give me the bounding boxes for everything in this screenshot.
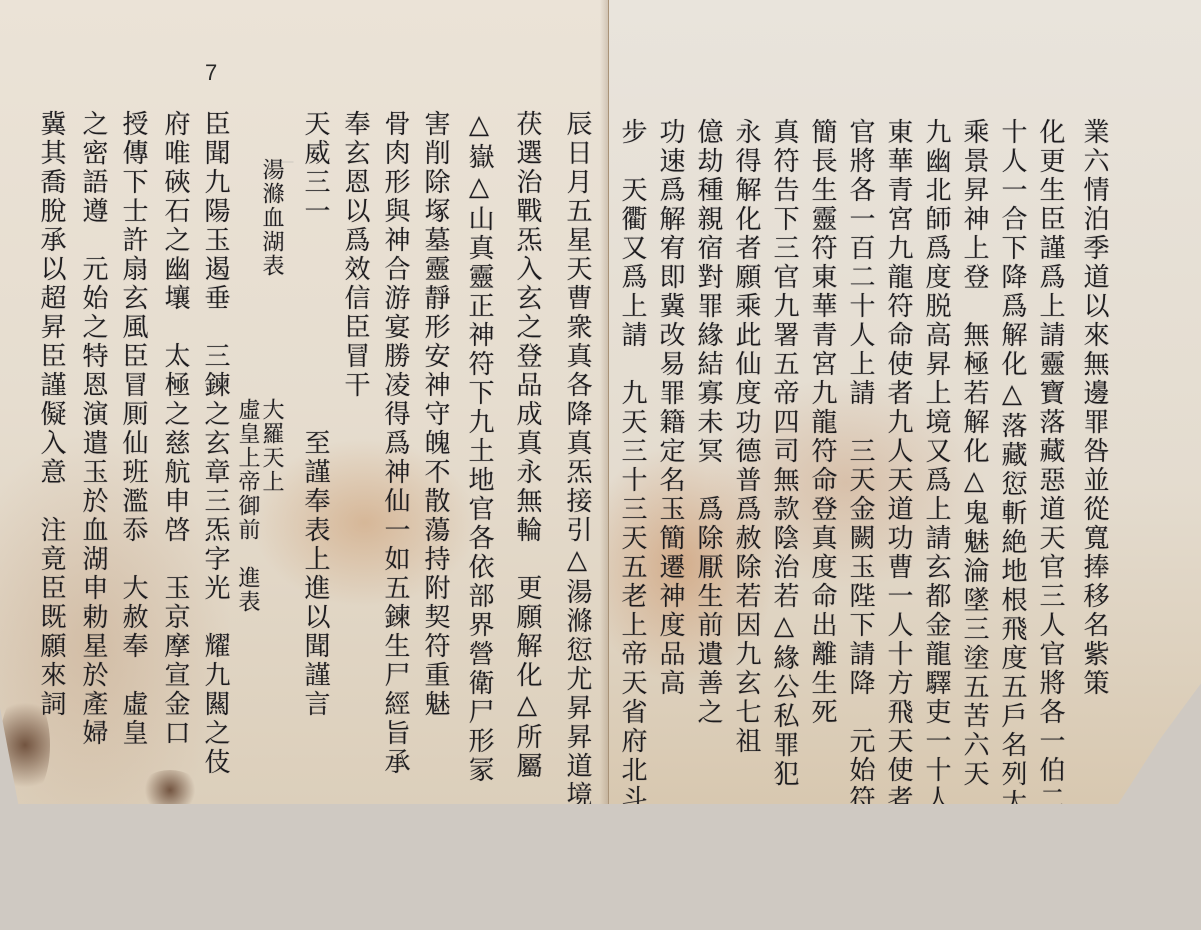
text-column: 授傳下士許扇玄風臣冒厠仙班濫忝 大赦奉 虛皇 <box>116 110 150 748</box>
manuscript-spread: 7 ｜ 辰日月五星天曹衆真各降真炁接引△湯滌愆尤昇昇道境 茯選治戰炁入玄之登品成… <box>0 0 1201 804</box>
text-column: 真符告下三官九署五帝四司無款陰治若△緣公私罪犯 <box>767 118 801 789</box>
text-column: 辰日月五星天曹衆真各降真炁接引△湯滌愆尤昇昇道境 <box>560 110 594 804</box>
burn-stain <box>0 690 50 800</box>
text-column: 之密語遵 元始之特恩演遣玉於血湖申勅星於產婦 <box>76 110 110 748</box>
text-column: 臣聞九陽玉遏垂 三鍊之玄章三炁字光 耀九闗之伎 <box>198 110 232 777</box>
text-column: 十人一合下降爲解化△落藏愆斬絶地根飛度五戶名列太玄 <box>995 118 1029 804</box>
text-column: 府唯硤石之幽壤 太極之慈航申啓 玉京摩宣金口 <box>158 110 192 748</box>
text-column: 功速爲解宥即冀改易罪籍定名玉簡遷神度品高 <box>653 118 687 698</box>
text-column: 九幽北師爲度脱高昇上境又爲上請玄都金龍驛吏一十人 <box>919 118 953 804</box>
text-column: 乘景昇神上登 無極若解化△鬼魅淪墜三塗五苦六天 <box>957 118 991 789</box>
text-column: 永得解化者願乘此仙度功德普爲赦除若因九玄七祖 <box>729 118 763 756</box>
text-column: 東華青宮九龍符命使者九人天道功曹一人十方飛天使者十人 <box>881 118 915 804</box>
burn-stain <box>140 770 200 804</box>
text-column: 步 天衢又爲上請 九天三十三天五老上帝天省府北斗南 <box>615 118 649 804</box>
text-column: 化更生臣謹爲上請靈寶落藏惡道天官三人官將各一伯二 <box>1033 118 1067 804</box>
text-column: 簡長生靈符東華青宮九龍符命登真度命出離生死 <box>805 118 839 727</box>
text-column: 茯選治戰炁入玄之登品成真永無輪 更願解化△所屬 <box>510 110 544 781</box>
page-number-mark: 7 <box>205 60 217 86</box>
text-column: 業六情泊季道以來無邊罪咎並從寬捧移名紫策 <box>1077 118 1111 698</box>
text-column: 官將各一百二十人上請 三天金闕玉陛下請降 元始符命金籙白 <box>843 118 877 804</box>
right-page: 業六情泊季道以來無邊罪咎並從寬捧移名紫策 化更生臣謹爲上請靈寶落藏惡道天官三人官… <box>609 0 1201 804</box>
text-column: 億劫種親宿對罪緣結寡未冥 爲除厭生前遺善之 <box>691 118 725 727</box>
text-column: 奉玄恩以爲效信臣冒干 <box>338 110 372 400</box>
text-column: 骨肉形與神合游宴勝凌得爲神仙一如五鍊生尸經旨承 <box>378 110 412 777</box>
left-page: 7 ｜ 辰日月五星天曹衆真各降真炁接引△湯滌愆尤昇昇道境 茯選治戰炁入玄之登品成… <box>0 0 609 804</box>
text-column: 天威三一 至謹奉表上進以聞謹言 <box>298 110 332 719</box>
text-column: 虛皇上帝御前 進表 <box>230 110 264 614</box>
text-column: 冀其喬脫承以超昇臣謹儗入意 注竟臣既願來詞 <box>34 110 68 719</box>
text-column: △嶽△山真靈正神符下九土地官各依部界營衛尸形冡 <box>462 110 496 785</box>
text-column: 害削除塚墓靈靜形安神守魄不散蕩持附契符重魅 <box>418 110 452 719</box>
